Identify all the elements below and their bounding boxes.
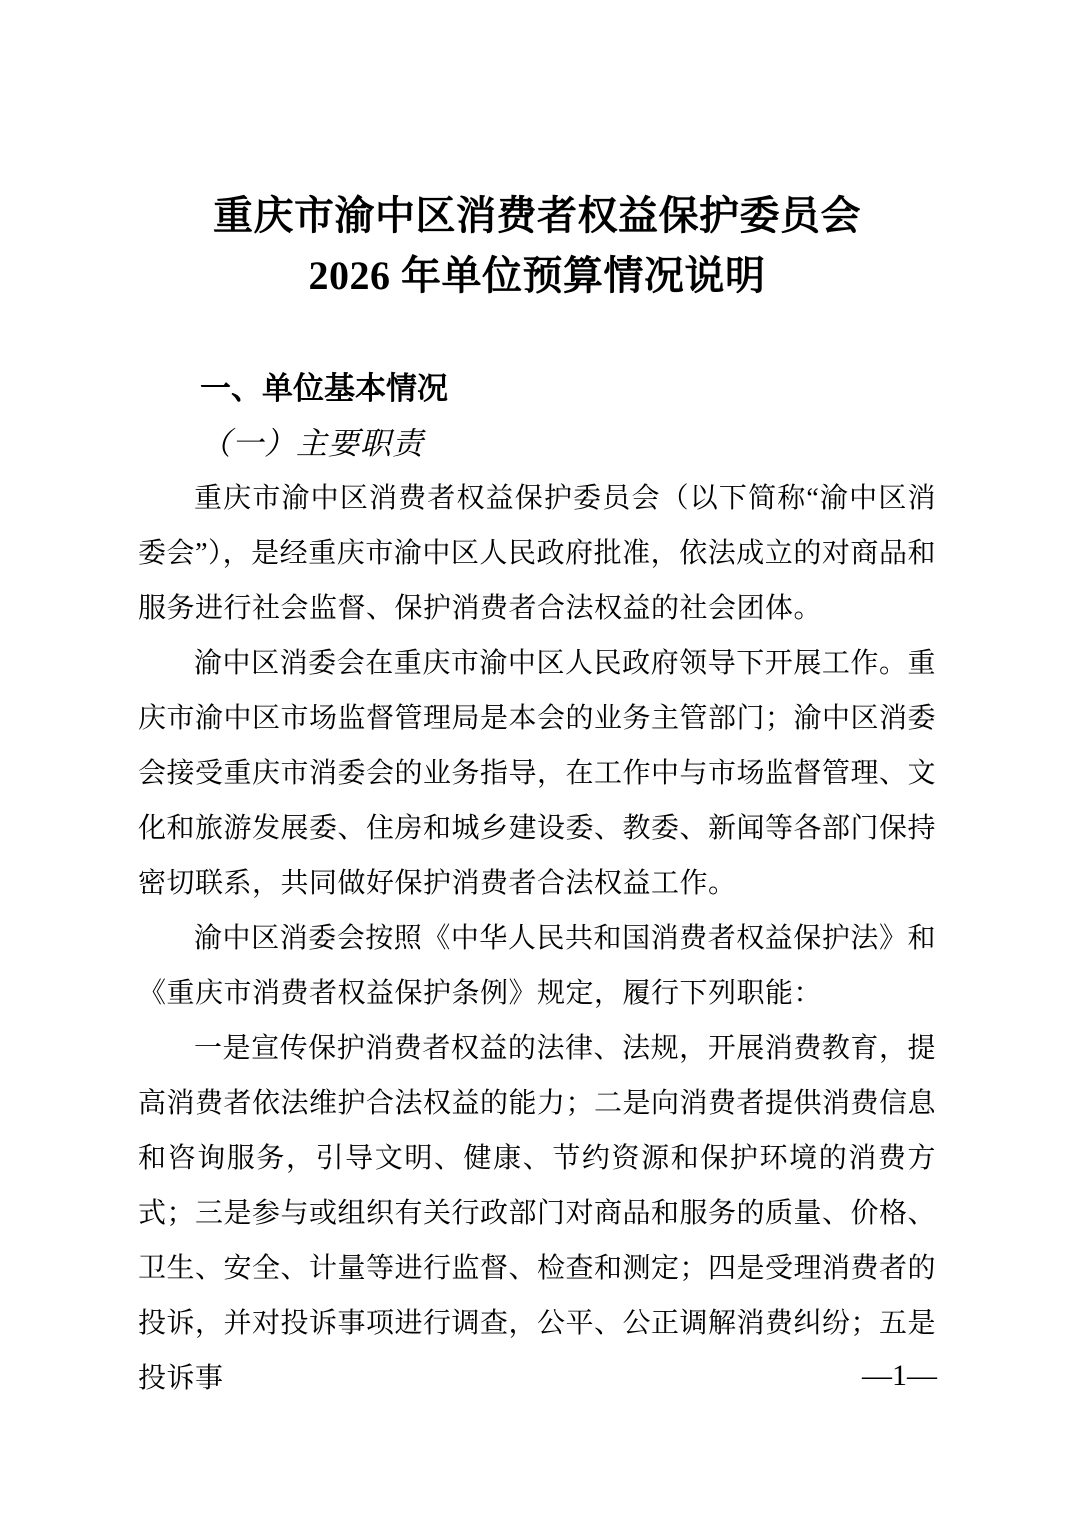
document-page: 重庆市渝中区消费者权益保护委员会 2026 年单位预算情况说明 一、单位基本情况…: [0, 0, 1074, 1520]
document-title: 重庆市渝中区消费者权益保护委员会 2026 年单位预算情况说明: [138, 0, 936, 306]
paragraph: 重庆市渝中区消费者权益保护委员会（以下简称“渝中区消委会”），是经重庆市渝中区人…: [138, 471, 936, 636]
paragraph: 一是宣传保护消费者权益的法律、法规，开展消费教育，提高消费者依法维护合法权益的能…: [138, 1021, 936, 1406]
paragraph: 渝中区消委会在重庆市渝中区人民政府领导下开展工作。重庆市渝中区市场监督管理局是本…: [138, 636, 936, 911]
subsection-heading: （一）主要职责: [138, 416, 936, 471]
page-number: —1—: [862, 1356, 937, 1396]
paragraph: 渝中区消委会按照《中华人民共和国消费者权益保护法》和《重庆市消费者权益保护条例》…: [138, 911, 936, 1021]
document-title-line1: 重庆市渝中区消费者权益保护委员会: [138, 186, 936, 246]
section-heading: 一、单位基本情况: [138, 361, 936, 416]
document-title-line2: 2026 年单位预算情况说明: [138, 246, 936, 306]
text-column: 重庆市渝中区消费者权益保护委员会 2026 年单位预算情况说明 一、单位基本情况…: [138, 0, 936, 1406]
paragraph-container: 重庆市渝中区消费者权益保护委员会（以下简称“渝中区消委会”），是经重庆市渝中区人…: [138, 471, 936, 1406]
